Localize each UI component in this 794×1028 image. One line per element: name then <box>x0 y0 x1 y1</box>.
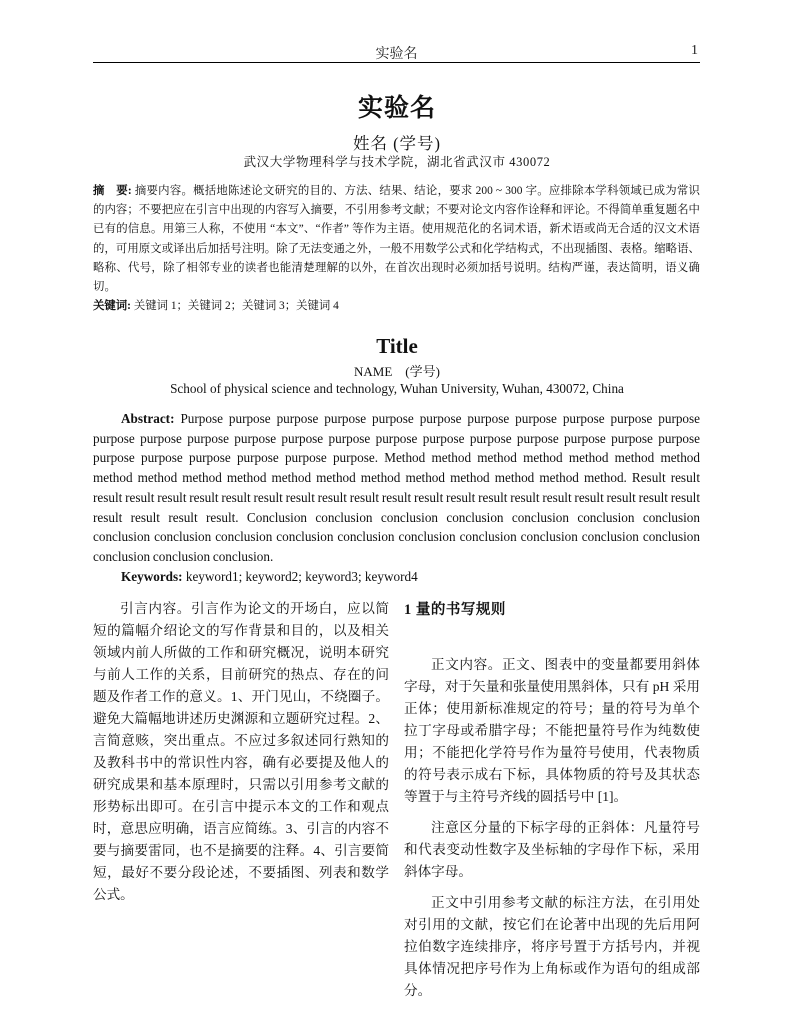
chinese-abstract-label: 摘 要: <box>93 185 132 197</box>
running-title: 实验名 <box>93 43 700 63</box>
english-affiliation: School of physical science and technolog… <box>0 381 794 397</box>
body-paragraph: 正文中引用参考文献的标注方法，在引用处对引用的文献，按它们在论著中出现的先后用阿… <box>404 892 700 1002</box>
english-keywords-label: Keywords: <box>121 569 183 584</box>
section-heading: 1 量的书写规则 <box>404 598 700 622</box>
chinese-keywords: 关键词: 关键词 1；关键词 2；关键词 3；关键词 4 <box>93 297 700 316</box>
chinese-abstract-text: 摘要内容。概括地陈述论文研究的目的、方法、结果、结论，要求 200 ~ 300 … <box>93 185 700 293</box>
left-column: 引言内容。引言作为论文的开场白，应以简短的篇幅介绍论文的写作背景和目的，以及相关… <box>93 598 389 906</box>
chinese-affiliation: 武汉大学物理科学与技术学院，湖北省武汉市 430072 <box>0 152 794 170</box>
page-number: 1 <box>691 43 698 59</box>
right-column: 1 量的书写规则 正文内容。正文、图表中的变量都要用斜体字母，对于矢量和张量使用… <box>404 598 700 1011</box>
english-abstract-text: Purpose purpose purpose purpose purpose … <box>93 411 700 564</box>
chinese-keywords-label: 关键词: <box>93 300 131 312</box>
introduction-paragraph: 引言内容。引言作为论文的开场白，应以简短的篇幅介绍论文的写作背景和目的，以及相关… <box>93 598 389 906</box>
chinese-author: 姓名 (学号) <box>0 130 794 154</box>
english-abstract-label: Abstract: <box>121 411 174 426</box>
body-paragraph: 注意区分量的下标字母的正斜体：凡量符号和代表变动性数字及坐标轴的字母作下标，采用… <box>404 817 700 883</box>
chinese-keywords-text: 关键词 1；关键词 2；关键词 3；关键词 4 <box>134 300 339 312</box>
english-author: NAME (学号) <box>0 361 794 380</box>
english-keywords: Keywords: keyword1; keyword2; keyword3; … <box>121 567 418 586</box>
running-header: 实验名 1 <box>93 40 700 63</box>
chinese-abstract: 摘 要: 摘要内容。概括地陈述论文研究的目的、方法、结果、结论，要求 200 ~… <box>93 182 700 297</box>
english-abstract: Abstract: Purpose purpose purpose purpos… <box>93 409 700 567</box>
chinese-title: 实验名 <box>0 88 794 124</box>
body-paragraph: 正文内容。正文、图表中的变量都要用斜体字母，对于矢量和张量使用黑斜体，只有 pH… <box>404 654 700 808</box>
english-keywords-text: keyword1; keyword2; keyword3; keyword4 <box>186 569 418 584</box>
english-title: Title <box>0 334 794 359</box>
